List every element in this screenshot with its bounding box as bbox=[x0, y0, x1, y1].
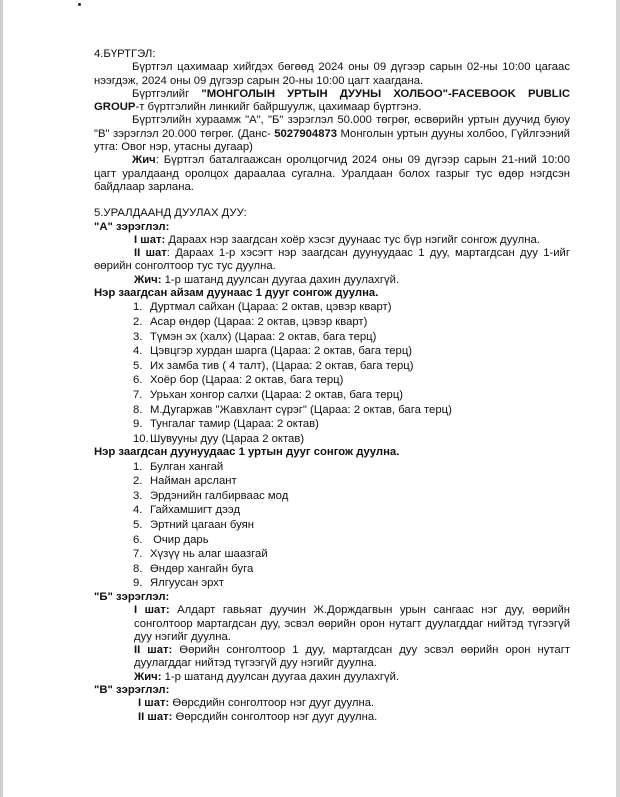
song-list-item: 8.М.Дугаржав "Жавхлант сүрэг" (Цараа: 2 … bbox=[133, 403, 570, 418]
song-list-item: 9.Ялгуусан эрхт bbox=[133, 576, 570, 591]
list-number: 2. bbox=[133, 315, 150, 330]
song-list-item: 10.Шувууны дуу (Цараа 2 октав) bbox=[133, 432, 570, 447]
song-list-item: 8.Өндөр хангайн буга bbox=[133, 562, 570, 577]
list-number: 3. bbox=[133, 489, 150, 504]
song-list-item: 1.Булган хангай bbox=[133, 460, 570, 475]
list-number: 6. bbox=[133, 533, 150, 548]
aizam-songs-list: 1.Дуртмал сайхан (Цараа: 2 октав, цэвэр … bbox=[94, 300, 570, 446]
list-number: 1. bbox=[133, 300, 150, 315]
aizam-songs-title: Нэр заагдсан айзам дуунаас 1 дууг сонгож… bbox=[94, 287, 570, 300]
list-number: 4. bbox=[133, 344, 150, 359]
song-title: Эрдэнийн галбирваас мод bbox=[150, 490, 288, 502]
list-number: 9. bbox=[133, 417, 150, 432]
song-title: Тунгалаг тамир (Цараа: 2 октав) bbox=[150, 418, 319, 430]
registration-fee-paragraph: Бүртгэлийн хураамж "А", "Б" зэрэглэл 50.… bbox=[94, 114, 570, 154]
list-number: 7. bbox=[133, 547, 150, 562]
song-title: Түмэн эх (халх) (Цараа: 2 октав, бага те… bbox=[150, 331, 376, 343]
song-title: Эртний цагаан буян bbox=[150, 519, 254, 531]
song-list-item: 2.Найман арслант bbox=[133, 474, 570, 489]
list-number: 4. bbox=[133, 503, 150, 518]
registration-period-paragraph: Бүртгэл цахимаар хийгдэх бөгөөд 2024 оны… bbox=[94, 61, 570, 88]
song-list-item: 1.Дуртмал сайхан (Цараа: 2 октав, цэвэр … bbox=[133, 300, 570, 315]
song-title: Өндөр хангайн буга bbox=[150, 563, 253, 575]
song-title: Урьхан хонгор салхи (Цараа: 2 октав, баг… bbox=[150, 389, 403, 401]
grade-a-stage-1: I шат: Дараах нэр заагдсан хоёр хэсэг ду… bbox=[134, 234, 570, 247]
list-number: 10. bbox=[133, 432, 150, 447]
song-list-item: 7.Хүзүү нь алаг шаазгай bbox=[133, 547, 570, 562]
list-number: 5. bbox=[133, 359, 150, 374]
song-title: Гайхамшигт дээд bbox=[150, 504, 240, 516]
scan-speck bbox=[78, 3, 81, 6]
bank-account-number: 5027904873 bbox=[274, 128, 337, 140]
song-title: Асар өндөр (Цараа: 2 октав, цэвэр кварт) bbox=[150, 316, 367, 328]
section-5-heading: 5.УРАЛДААНД ДУУЛАХ ДУУ: bbox=[94, 207, 570, 220]
list-number: 8. bbox=[133, 562, 150, 577]
song-title: Очир дарь bbox=[150, 534, 209, 546]
list-number: 1. bbox=[133, 460, 150, 475]
song-list-item: 6.Хоёр бор (Цараа: 2 октав, бага терц) bbox=[133, 373, 570, 388]
grade-v-stage-2: II шат: Өөрсдийн сонголтоор нэг дууг дуу… bbox=[138, 711, 570, 724]
list-number: 2. bbox=[133, 474, 150, 489]
scan-left-edge bbox=[0, 0, 3, 797]
grade-b-stage-1: I шат: Алдарт гавьяат дуучин Ж.Дорждагвы… bbox=[134, 604, 570, 644]
grade-b-title: "Б" зэрэглэл: bbox=[94, 591, 570, 604]
urtyn-songs-title: Нэр заагдсан дуунуудаас 1 уртын дууг сон… bbox=[94, 446, 570, 459]
song-list-item: 9.Тунгалаг тамир (Цараа: 2 октав) bbox=[133, 417, 570, 432]
song-list-item: 3.Эрдэнийн галбирваас мод bbox=[133, 489, 570, 504]
song-title: Цэвцгэр хурдан шарга (Цараа: 2 октав, ба… bbox=[150, 345, 412, 357]
song-title: Их замба тив ( 4 талт), (Цараа: 2 октав,… bbox=[150, 360, 414, 372]
section-4-heading: 4.БҮРТГЭЛ: bbox=[94, 48, 570, 61]
urtyn-songs-list: 1.Булган хангай2.Найман арслант3.Эрдэний… bbox=[94, 460, 570, 591]
song-list-item: 2.Асар өндөр (Цараа: 2 октав, цэвэр квар… bbox=[133, 315, 570, 330]
song-title: Хүзүү нь алаг шаазгай bbox=[150, 548, 268, 560]
list-number: 8. bbox=[133, 403, 150, 418]
spacer bbox=[94, 194, 570, 207]
grade-a-stage-2: II шат: Дараах 1-р хэсэгт нэр заагдсан д… bbox=[94, 247, 570, 274]
song-list-item: 4.Гайхамшигт дээд bbox=[133, 503, 570, 518]
song-list-item: 7.Урьхан хонгор салхи (Цараа: 2 октав, б… bbox=[133, 388, 570, 403]
list-number: 7. bbox=[133, 388, 150, 403]
list-number: 5. bbox=[133, 518, 150, 533]
grade-b-stage-2: II шат: Өөрийн сонголтоор 1 дуу, мартагд… bbox=[134, 644, 570, 671]
note-label: Жич bbox=[132, 154, 156, 166]
song-title: Ялгуусан эрхт bbox=[150, 577, 224, 589]
scan-right-edge bbox=[616, 0, 620, 797]
song-title: М.Дугаржав "Жавхлант сүрэг" (Цараа: 2 ок… bbox=[150, 404, 452, 416]
registration-method-paragraph: Бүртгэлийг "МОНГОЛЫН УРТЫН ДУУНЫ ХОЛБОО"… bbox=[94, 88, 570, 115]
song-title: Шувууны дуу (Цараа 2 октав) bbox=[150, 433, 304, 445]
grade-a-note: Жич: 1-р шатанд дуулсан дуугаа дахин дуу… bbox=[134, 274, 570, 287]
grade-v-title: "В" зэрэглэл: bbox=[94, 684, 570, 697]
registration-note-paragraph: Жич: Бүртгэл баталгаажсан оролцогчид 202… bbox=[94, 154, 570, 194]
song-list-item: 3.Түмэн эх (халх) (Цараа: 2 октав, бага … bbox=[133, 330, 570, 345]
grade-v-stage-1: I шат: Өөрсдийн сонголтоор нэг дууг дуул… bbox=[138, 697, 570, 710]
list-number: 9. bbox=[133, 576, 150, 591]
song-list-item: 5.Их замба тив ( 4 талт), (Цараа: 2 окта… bbox=[133, 359, 570, 374]
song-title: Найман арслант bbox=[150, 475, 237, 487]
grade-b-note: Жич: 1-р шатанд дуулсан дуугаа дахин дуу… bbox=[134, 671, 570, 684]
song-list-item: 6. Очир дарь bbox=[133, 533, 570, 548]
song-title: Хоёр бор (Цараа: 2 октав, бага терц) bbox=[150, 374, 343, 386]
grade-a-title: "А" зэрэглэл: bbox=[94, 221, 570, 234]
document-page: 4.БҮРТГЭЛ: Бүртгэл цахимаар хийгдэх бөгө… bbox=[94, 48, 570, 724]
list-number: 6. bbox=[133, 373, 150, 388]
song-list-item: 5.Эртний цагаан буян bbox=[133, 518, 570, 533]
song-title: Булган хангай bbox=[150, 461, 223, 473]
list-number: 3. bbox=[133, 330, 150, 345]
song-title: Дуртмал сайхан (Цараа: 2 октав, цэвэр кв… bbox=[150, 301, 391, 313]
song-list-item: 4.Цэвцгэр хурдан шарга (Цараа: 2 октав, … bbox=[133, 344, 570, 359]
